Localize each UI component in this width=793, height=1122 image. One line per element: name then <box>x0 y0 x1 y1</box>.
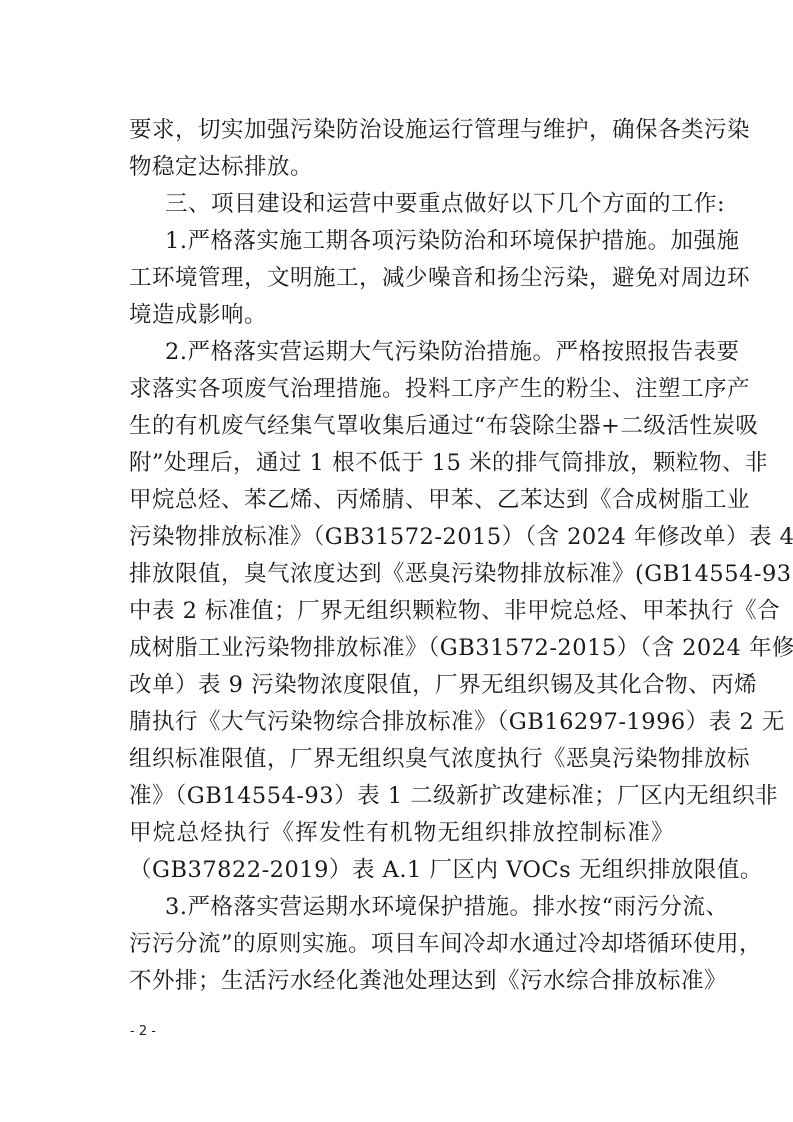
text-line: 准》（GB14554-93）表 1 二级新扩改建标准；厂区内无组织非 <box>129 778 674 815</box>
text-line: 生的有机废气经集气罩收集后通过“布袋除尘器+二级活性炭吸 <box>129 408 674 445</box>
text-line: 成树脂工业污染物排放标准》（GB31572-2015）（含 2024 年修 <box>129 630 674 667</box>
text-line: 组织标准限值，厂界无组织臭气浓度执行《恶臭污染物排放标 <box>129 741 674 778</box>
text-line: 物稳定达标排放。 <box>129 149 674 186</box>
text-line: 1.严格落实施工期各项污染防治和环境保护措施。加强施 <box>165 223 674 260</box>
text-line: 甲烷总烃、苯乙烯、丙烯腈、甲苯、乙苯达到《合成树脂工业 <box>129 482 674 519</box>
text-line: 污染物排放标准》（GB31572-2015）（含 2024 年修改单）表 4 <box>129 519 674 556</box>
text-line: 三、项目建设和运营中要重点做好以下几个方面的工作: <box>165 186 674 223</box>
document-page: 要求，切实加强污染防治设施运行管理与维护，确保各类污染物稳定达标排放。三、项目建… <box>0 0 793 1122</box>
text-line: 工环境管理，文明施工，减少噪音和扬尘污染，避免对周边环 <box>129 260 674 297</box>
text-line: （GB37822-2019）表 A.1 厂区内 VOCs 无组织排放限值。 <box>129 852 674 889</box>
text-line: 要求，切实加强污染防治设施运行管理与维护，确保各类污染 <box>129 112 674 149</box>
text-line: 附”处理后，通过 1 根不低于 15 米的排气筒排放，颗粒物、非 <box>129 445 674 482</box>
text-line: 2.严格落实营运期大气污染防治措施。严格按照报告表要 <box>165 334 674 371</box>
text-line: 求落实各项废气治理措施。投料工序产生的粉尘、注塑工序产 <box>129 371 674 408</box>
text-line: 污污分流”的原则实施。项目车间冷却水通过冷却塔循环使用， <box>129 926 674 963</box>
text-line: 中表 2 标准值；厂界无组织颗粒物、非甲烷总烃、甲苯执行《合 <box>129 593 674 630</box>
text-line: 不外排；生活污水经化粪池处理达到《污水综合排放标准》 <box>129 963 674 1000</box>
text-line: 改单）表 9 污染物浓度限值，厂界无组织锡及其化合物、丙烯 <box>129 667 674 704</box>
text-line: 甲烷总烃执行《挥发性有机物无组织排放控制标准》 <box>129 815 674 852</box>
text-line: 境造成影响。 <box>129 297 674 334</box>
text-line: 排放限值，臭气浓度达到《恶臭污染物排放标准》(GB14554-93) <box>129 556 674 593</box>
text-line: 腈执行《大气污染物综合排放标准》（GB16297-1996）表 2 无 <box>129 704 674 741</box>
text-line: 3.严格落实营运期水环境保护措施。排水按“雨污分流、 <box>165 889 674 926</box>
page-number: - 2 - <box>130 1024 156 1039</box>
